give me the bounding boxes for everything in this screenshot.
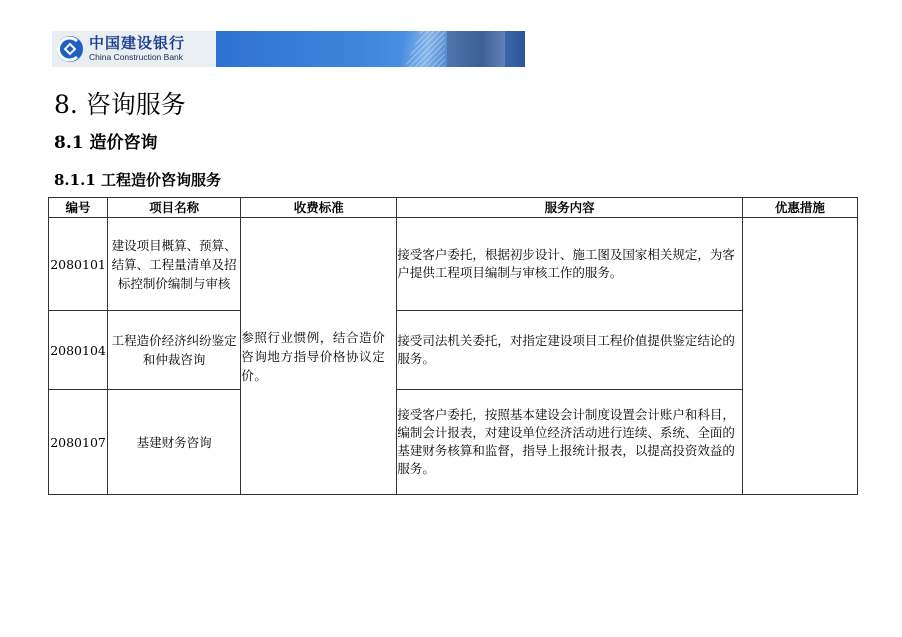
table-row: 2080104 工程造价经济纠纷鉴定和仲裁咨询 接受司法机关委托，对指定建设项目… [49, 311, 858, 390]
bank-name-cn: 中国建设银行 [89, 36, 185, 51]
section-title: 8. 咨询服务 [54, 89, 186, 121]
banner-building-image [216, 31, 525, 67]
subsubsection-title: 8.1.1 工程造价咨询服务 [54, 169, 221, 191]
row-content: 接受司法机关委托，对指定建设项目工程价值提供鉴定结论的服务。 [397, 311, 742, 390]
header-fee: 收费标准 [241, 198, 397, 218]
banner-building-shape [405, 31, 445, 67]
row-name: 工程造价经济纠纷鉴定和仲裁咨询 [108, 311, 241, 390]
bank-name-en: China Construction Bank [89, 53, 185, 62]
header-code: 编号 [49, 198, 108, 218]
table-row: 2080101 建设项目概算、预算、结算、工程量清单及招标控制价编制与审核 参照… [49, 218, 858, 311]
ccb-banner: 中国建设银行 China Construction Bank [52, 31, 525, 67]
header-content: 服务内容 [397, 198, 742, 218]
header-discount: 优惠措施 [742, 198, 857, 218]
header-name: 项目名称 [108, 198, 241, 218]
row-content: 接受客户委托，按照基本建设会计制度设置会计账户和科目，编制会计报表，对建设单位经… [397, 390, 742, 495]
ccb-logo: 中国建设银行 China Construction Bank [52, 31, 216, 67]
row-code: 2080104 [49, 311, 108, 390]
subsection-title: 8.1 造价咨询 [54, 131, 158, 155]
table-header-row: 编号 项目名称 收费标准 服务内容 优惠措施 [49, 198, 858, 218]
banner-tower-shape [447, 31, 505, 67]
ccb-logo-icon [56, 35, 84, 63]
table-row: 2080107 基建财务咨询 接受客户委托，按照基本建设会计制度设置会计账户和科… [49, 390, 858, 495]
service-table: 编号 项目名称 收费标准 服务内容 优惠措施 2080101 建设项目概算、预算… [48, 197, 858, 495]
row-name: 建设项目概算、预算、结算、工程量清单及招标控制价编制与审核 [108, 218, 241, 311]
fee-standard-cell: 参照行业惯例，结合造价咨询地方指导价格协议定价。 [241, 218, 397, 495]
discount-cell [742, 218, 857, 495]
row-code: 2080107 [49, 390, 108, 495]
row-code: 2080101 [49, 218, 108, 311]
row-content: 接受客户委托，根据初步设计、施工图及国家相关规定，为客户提供工程项目编制与审核工… [397, 218, 742, 311]
row-name: 基建财务咨询 [108, 390, 241, 495]
